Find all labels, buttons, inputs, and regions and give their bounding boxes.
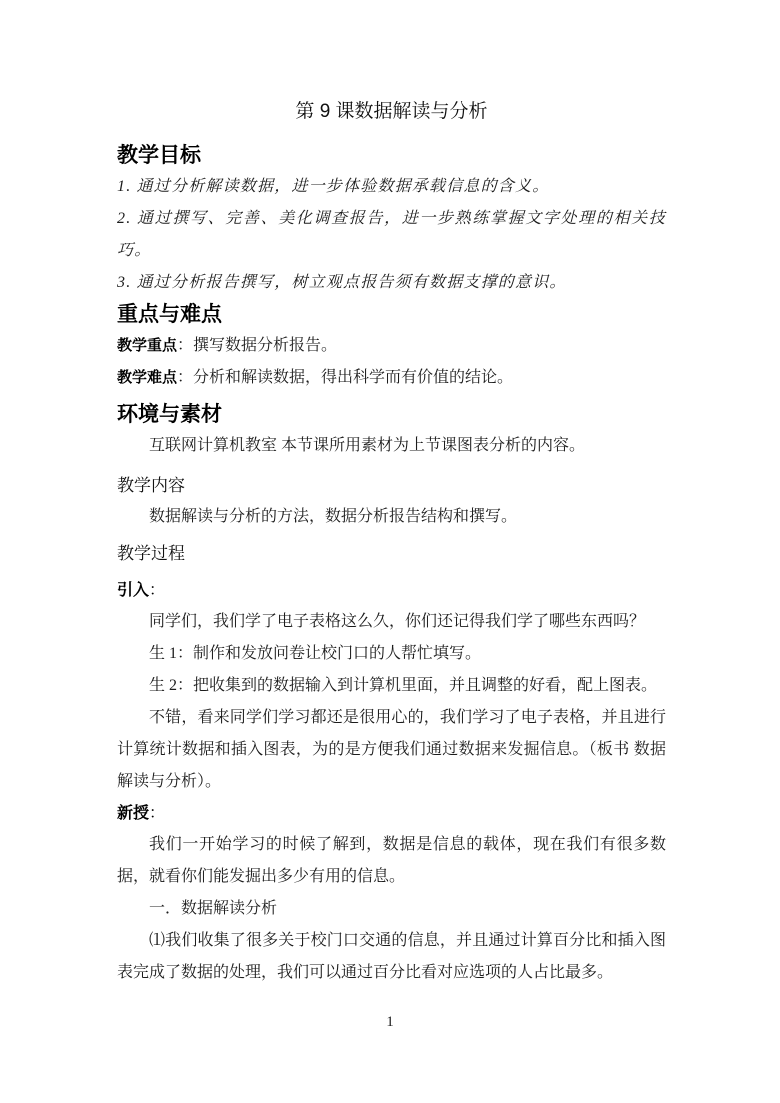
teaching-difficulty-label: 教学难点 <box>117 369 177 386</box>
intro-paragraph-1: 同学们，我们学了电子表格这么久，你们还记得我们学了哪些东西吗？ <box>117 606 666 638</box>
teaching-focus-text: ：撰写数据分析报告。 <box>177 337 337 354</box>
new-lesson-label: 新授 <box>117 805 149 822</box>
heading-teaching-content: 教学内容 <box>117 471 666 501</box>
intro-paragraph-2: 生 1：制作和发放问卷让校门口的人帮忙填写。 <box>117 638 666 670</box>
new-lesson-paragraph-1: 我们一开始学习的时候了解到，数据是信息的载体，现在我们有很多数据，就看你们能发掘… <box>117 829 666 893</box>
heading-teaching-process: 教学过程 <box>117 539 666 569</box>
teaching-content-text: 数据解读与分析的方法，数据分析报告结构和撰写。 <box>117 501 666 533</box>
teaching-difficulty-line: 教学难点：分析和解读数据，得出科学而有价值的结论。 <box>117 362 666 394</box>
heading-key-and-difficult-points: 重点与难点 <box>117 300 666 330</box>
heading-environment-materials: 环境与素材 <box>117 400 666 430</box>
teaching-difficulty-text: ：分析和解读数据，得出科学而有价值的结论。 <box>177 369 513 386</box>
new-lesson-paragraph-3: ⑴我们收集了很多关于校门口交通的信息，并且通过计算百分比和插入图表完成了数据的处… <box>117 925 666 989</box>
new-lesson-paragraph-2: 一．数据解读分析 <box>117 893 666 925</box>
objective-item-2: 2. 通过撰写、完善、美化调查报告，进一步熟练掌握文字处理的相关技巧。 <box>117 203 666 267</box>
intro-colon: ： <box>149 582 165 599</box>
document-title: 第 9 课数据解读与分析 <box>117 99 666 125</box>
teaching-focus-line: 教学重点：撰写数据分析报告。 <box>117 330 666 362</box>
objective-item-3: 3. 通过分析报告撰写，树立观点报告须有数据支撑的意识。 <box>117 267 666 299</box>
document-page: 第 9 课数据解读与分析 教学目标 1. 通过分析解读数据，进一步体验数据承载信… <box>0 0 780 1103</box>
teaching-focus-label: 教学重点 <box>117 337 177 354</box>
heading-new-lesson: 新授： <box>117 799 666 829</box>
heading-teaching-objectives: 教学目标 <box>117 141 666 171</box>
page-number: 1 <box>0 1012 780 1032</box>
new-lesson-colon: ： <box>149 805 165 822</box>
environment-text: 互联网计算机教室 本节课所用素材为上节课图表分析的内容。 <box>117 430 666 462</box>
intro-paragraph-4: 不错，看来同学们学习都还是很用心的，我们学习了电子表格，并且进行计算统计数据和插… <box>117 702 666 798</box>
intro-paragraph-3: 生 2：把收集到的数据输入到计算机里面，并且调整的好看，配上图表。 <box>117 670 666 702</box>
objective-item-1: 1. 通过分析解读数据，进一步体验数据承载信息的含义。 <box>117 171 666 203</box>
heading-intro: 引入： <box>117 576 666 606</box>
intro-label: 引入 <box>117 582 149 599</box>
